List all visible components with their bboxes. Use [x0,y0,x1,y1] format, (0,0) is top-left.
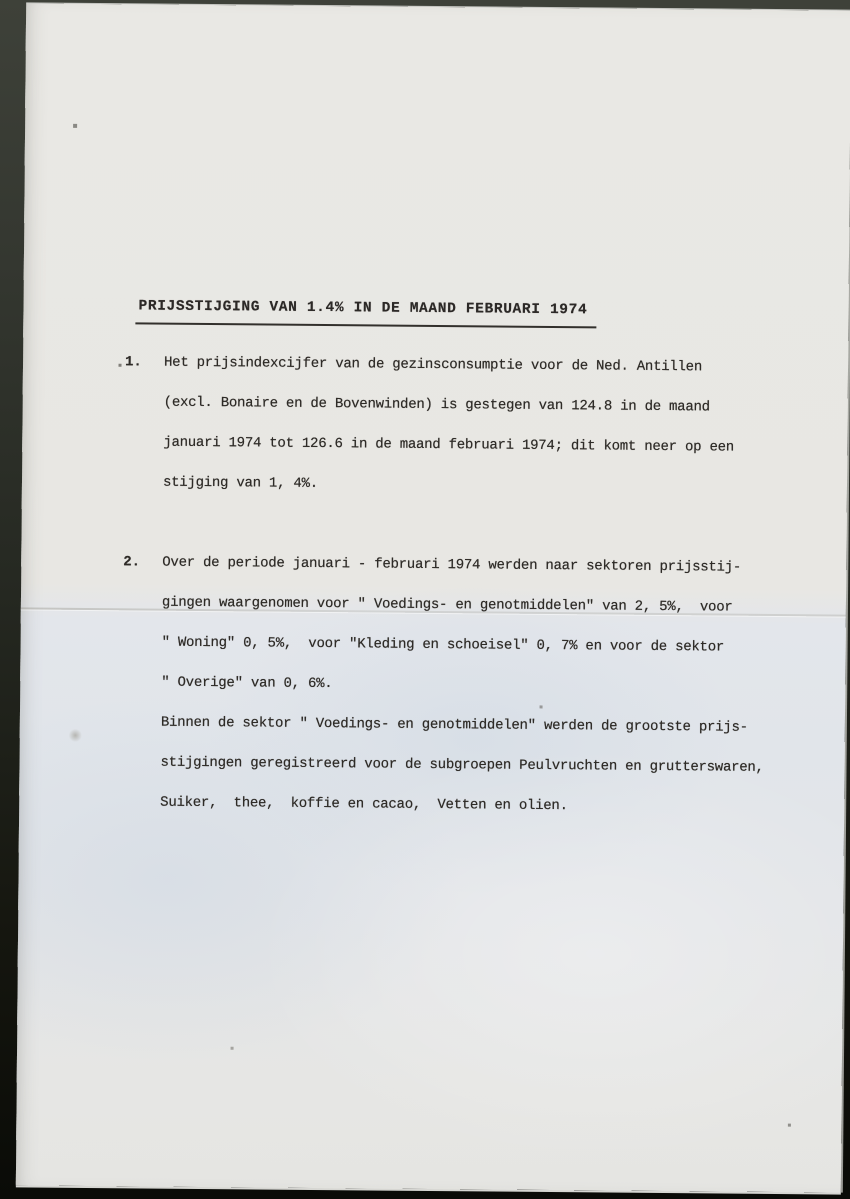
text-line: Over de periode januari - februari 1974 … [162,543,766,588]
text-line: Het prijsindexcijfer van de gezinsconsum… [164,343,735,388]
paragraph-1: 1. Het prijsindexcijfer van de gezinscon… [124,342,735,507]
scanner-background: PRIJSSTIJGING VAN 1.4% IN DE MAAND FEBRU… [0,0,850,1199]
paragraph-number: 2. [123,542,162,582]
text-line: januari 1974 tot 126.6 in de maand febru… [163,423,734,468]
paragraph-2: 2. Over de periode januari - februari 19… [121,542,766,828]
paper-specks [26,3,28,5]
text-line: stijgingen geregistreerd voor de subgroe… [160,743,764,788]
text-line: (excl. Bonaire en de Bovenwinden) is ges… [164,383,735,428]
text-line: " Overige" van 0, 6%. [161,663,765,708]
paper-stain [69,729,82,742]
text-line: stijging van 1, 4%. [163,463,734,508]
paragraph-body: Over de periode januari - februari 1974 … [160,543,766,828]
text-line: Suiker, thee, koffie en cacao, Vetten en… [160,783,764,828]
document-title: PRIJSSTIJGING VAN 1.4% IN DE MAAND FEBRU… [135,297,596,328]
text-line: gingen waargenomen voor " Voedings- en g… [162,583,766,628]
text-line: Binnen de sektor " Voedings- en genotmid… [161,703,765,748]
text-line: " Woning" 0, 5%, voor "Kleding en schoei… [161,623,765,668]
paragraph-number: 1. [125,342,164,382]
document-page: PRIJSSTIJGING VAN 1.4% IN DE MAAND FEBRU… [16,3,850,1192]
paragraph-body: Het prijsindexcijfer van de gezinsconsum… [163,343,735,508]
